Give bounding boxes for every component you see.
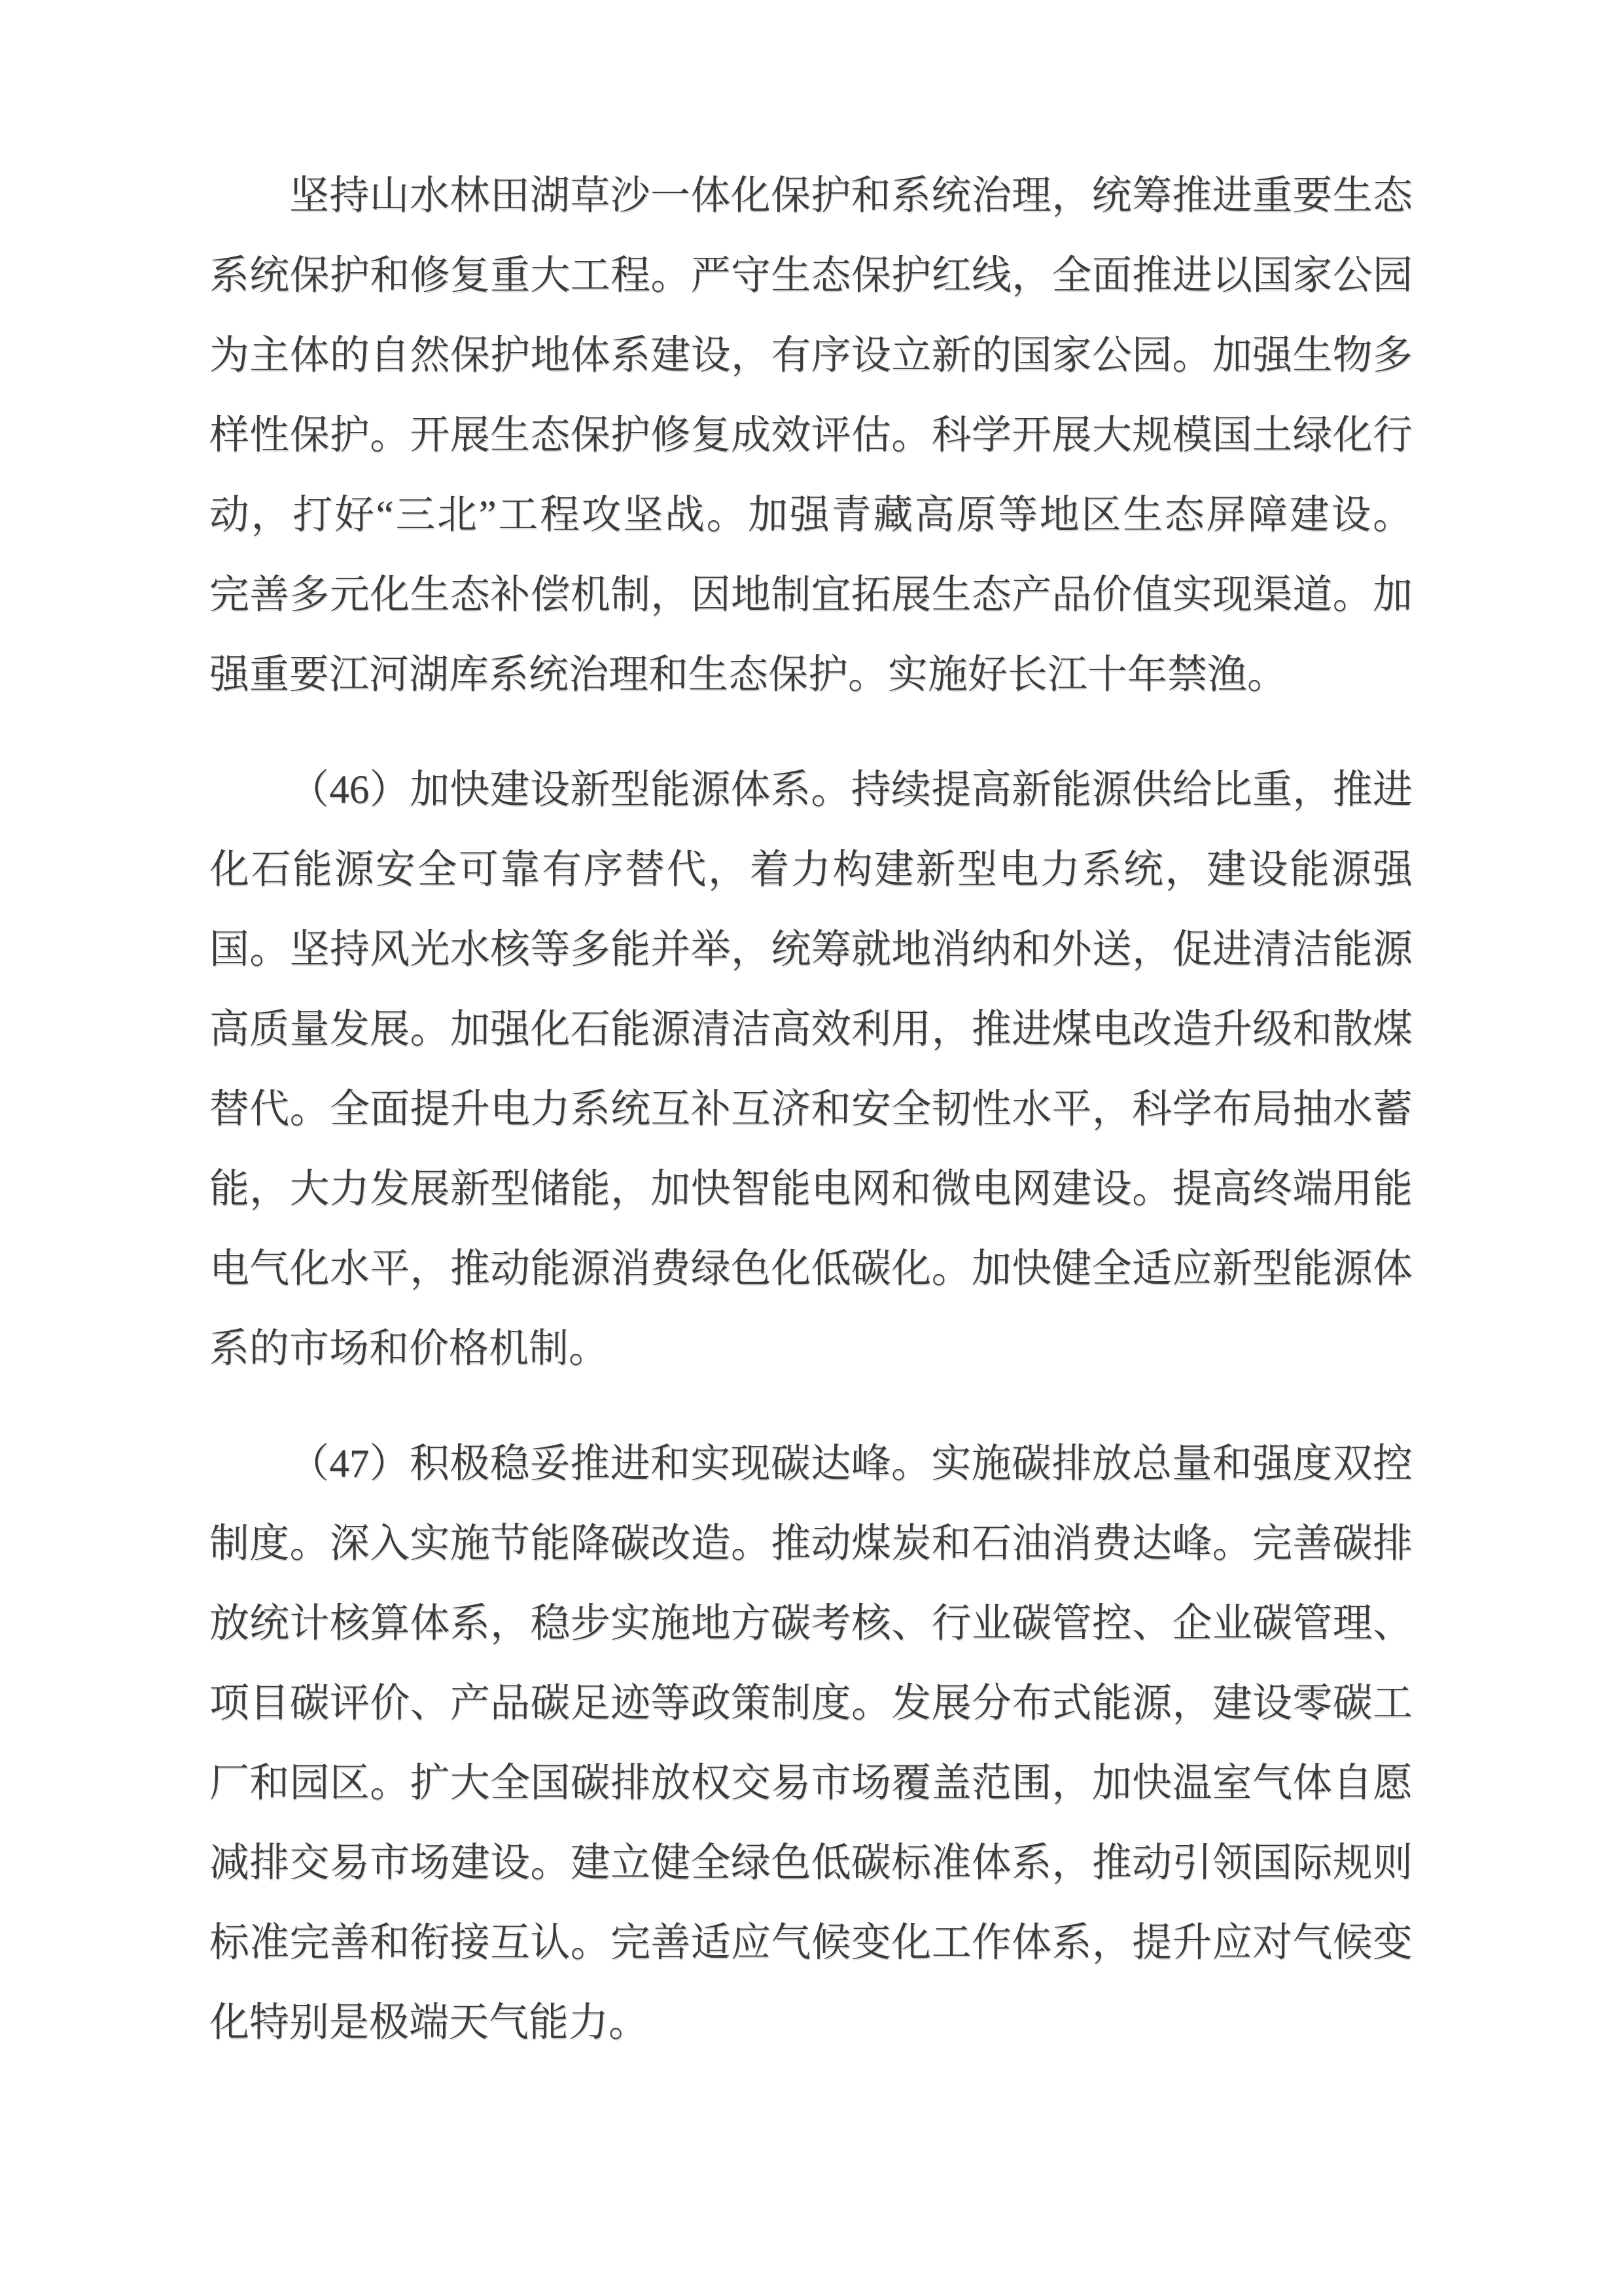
text-line: 制度。深入实施节能降碳改造。推动煤炭和石油消费达峰。完善碳排 (209, 1504, 1413, 1584)
paragraph-item-46-new-energy-system: （46）加快建设新型能源体系。持续提高新能源供给比重，推进化石能源安全可靠有序替… (209, 751, 1413, 1389)
text-line: 项目碳评价、产品碳足迹等政策制度。发展分布式能源，建设零碳工 (209, 1664, 1413, 1744)
text-line: 动，打好“三北”工程攻坚战。加强青藏高原等地区生态屏障建设。 (209, 476, 1413, 556)
text-line: 高质量发展。加强化石能源清洁高效利用，推进煤电改造升级和散煤 (209, 990, 1413, 1070)
text-line: 厂和园区。扩大全国碳排放权交易市场覆盖范围，加快温室气体自愿 (209, 1744, 1413, 1824)
text-line: 放统计核算体系，稳步实施地方碳考核、行业碳管控、企业碳管理、 (209, 1584, 1413, 1664)
text-line: 电气化水平，推动能源消费绿色化低碳化。加快健全适应新型能源体 (209, 1229, 1413, 1309)
text-line: （46）加快建设新型能源体系。持续提高新能源供给比重，推进 (209, 751, 1413, 830)
text-line: 系的市场和价格机制。 (209, 1309, 1413, 1389)
text-line: 强重要江河湖库系统治理和生态保护。实施好长江十年禁渔。 (209, 635, 1413, 715)
text-line: 完善多元化生态补偿机制，因地制宜拓展生态产品价值实现渠道。加 (209, 556, 1413, 635)
text-line: 化石能源安全可靠有序替代，着力构建新型电力系统，建设能源强 (209, 830, 1413, 910)
text-line: 减排交易市场建设。建立健全绿色低碳标准体系，推动引领国际规则 (209, 1824, 1413, 1903)
text-line: 能，大力发展新型储能，加快智能电网和微电网建设。提高终端用能 (209, 1150, 1413, 1229)
text-line: 坚持山水林田湖草沙一体化保护和系统治理，统筹推进重要生态 (209, 156, 1413, 236)
text-line: 样性保护。开展生态保护修复成效评估。科学开展大规模国土绿化行 (209, 396, 1413, 476)
paragraph-ecology-protection: 坚持山水林田湖草沙一体化保护和系统治理，统筹推进重要生态系统保护和修复重大工程。… (209, 156, 1413, 715)
text-line: 系统保护和修复重大工程。严守生态保护红线，全面推进以国家公园 (209, 236, 1413, 316)
text-line: 国。坚持风光水核等多能并举，统筹就地消纳和外送，促进清洁能源 (209, 910, 1413, 990)
text-line: 标准完善和衔接互认。完善适应气候变化工作体系，提升应对气候变 (209, 1903, 1413, 1983)
document-page: 坚持山水林田湖草沙一体化保护和系统治理，统筹推进重要生态系统保护和修复重大工程。… (0, 0, 1622, 2296)
document-body: 坚持山水林田湖草沙一体化保护和系统治理，统筹推进重要生态系统保护和修复重大工程。… (209, 156, 1413, 2063)
text-line: 替代。全面提升电力系统互补互济和安全韧性水平，科学布局抽水蓄 (209, 1070, 1413, 1150)
paragraph-item-47-carbon-peak: （47）积极稳妥推进和实现碳达峰。实施碳排放总量和强度双控制度。深入实施节能降碳… (209, 1424, 1413, 2063)
text-line: 为主体的自然保护地体系建设，有序设立新的国家公园。加强生物多 (209, 316, 1413, 396)
text-line: （47）积极稳妥推进和实现碳达峰。实施碳排放总量和强度双控 (209, 1424, 1413, 1504)
text-line: 化特别是极端天气能力。 (209, 1983, 1413, 2063)
